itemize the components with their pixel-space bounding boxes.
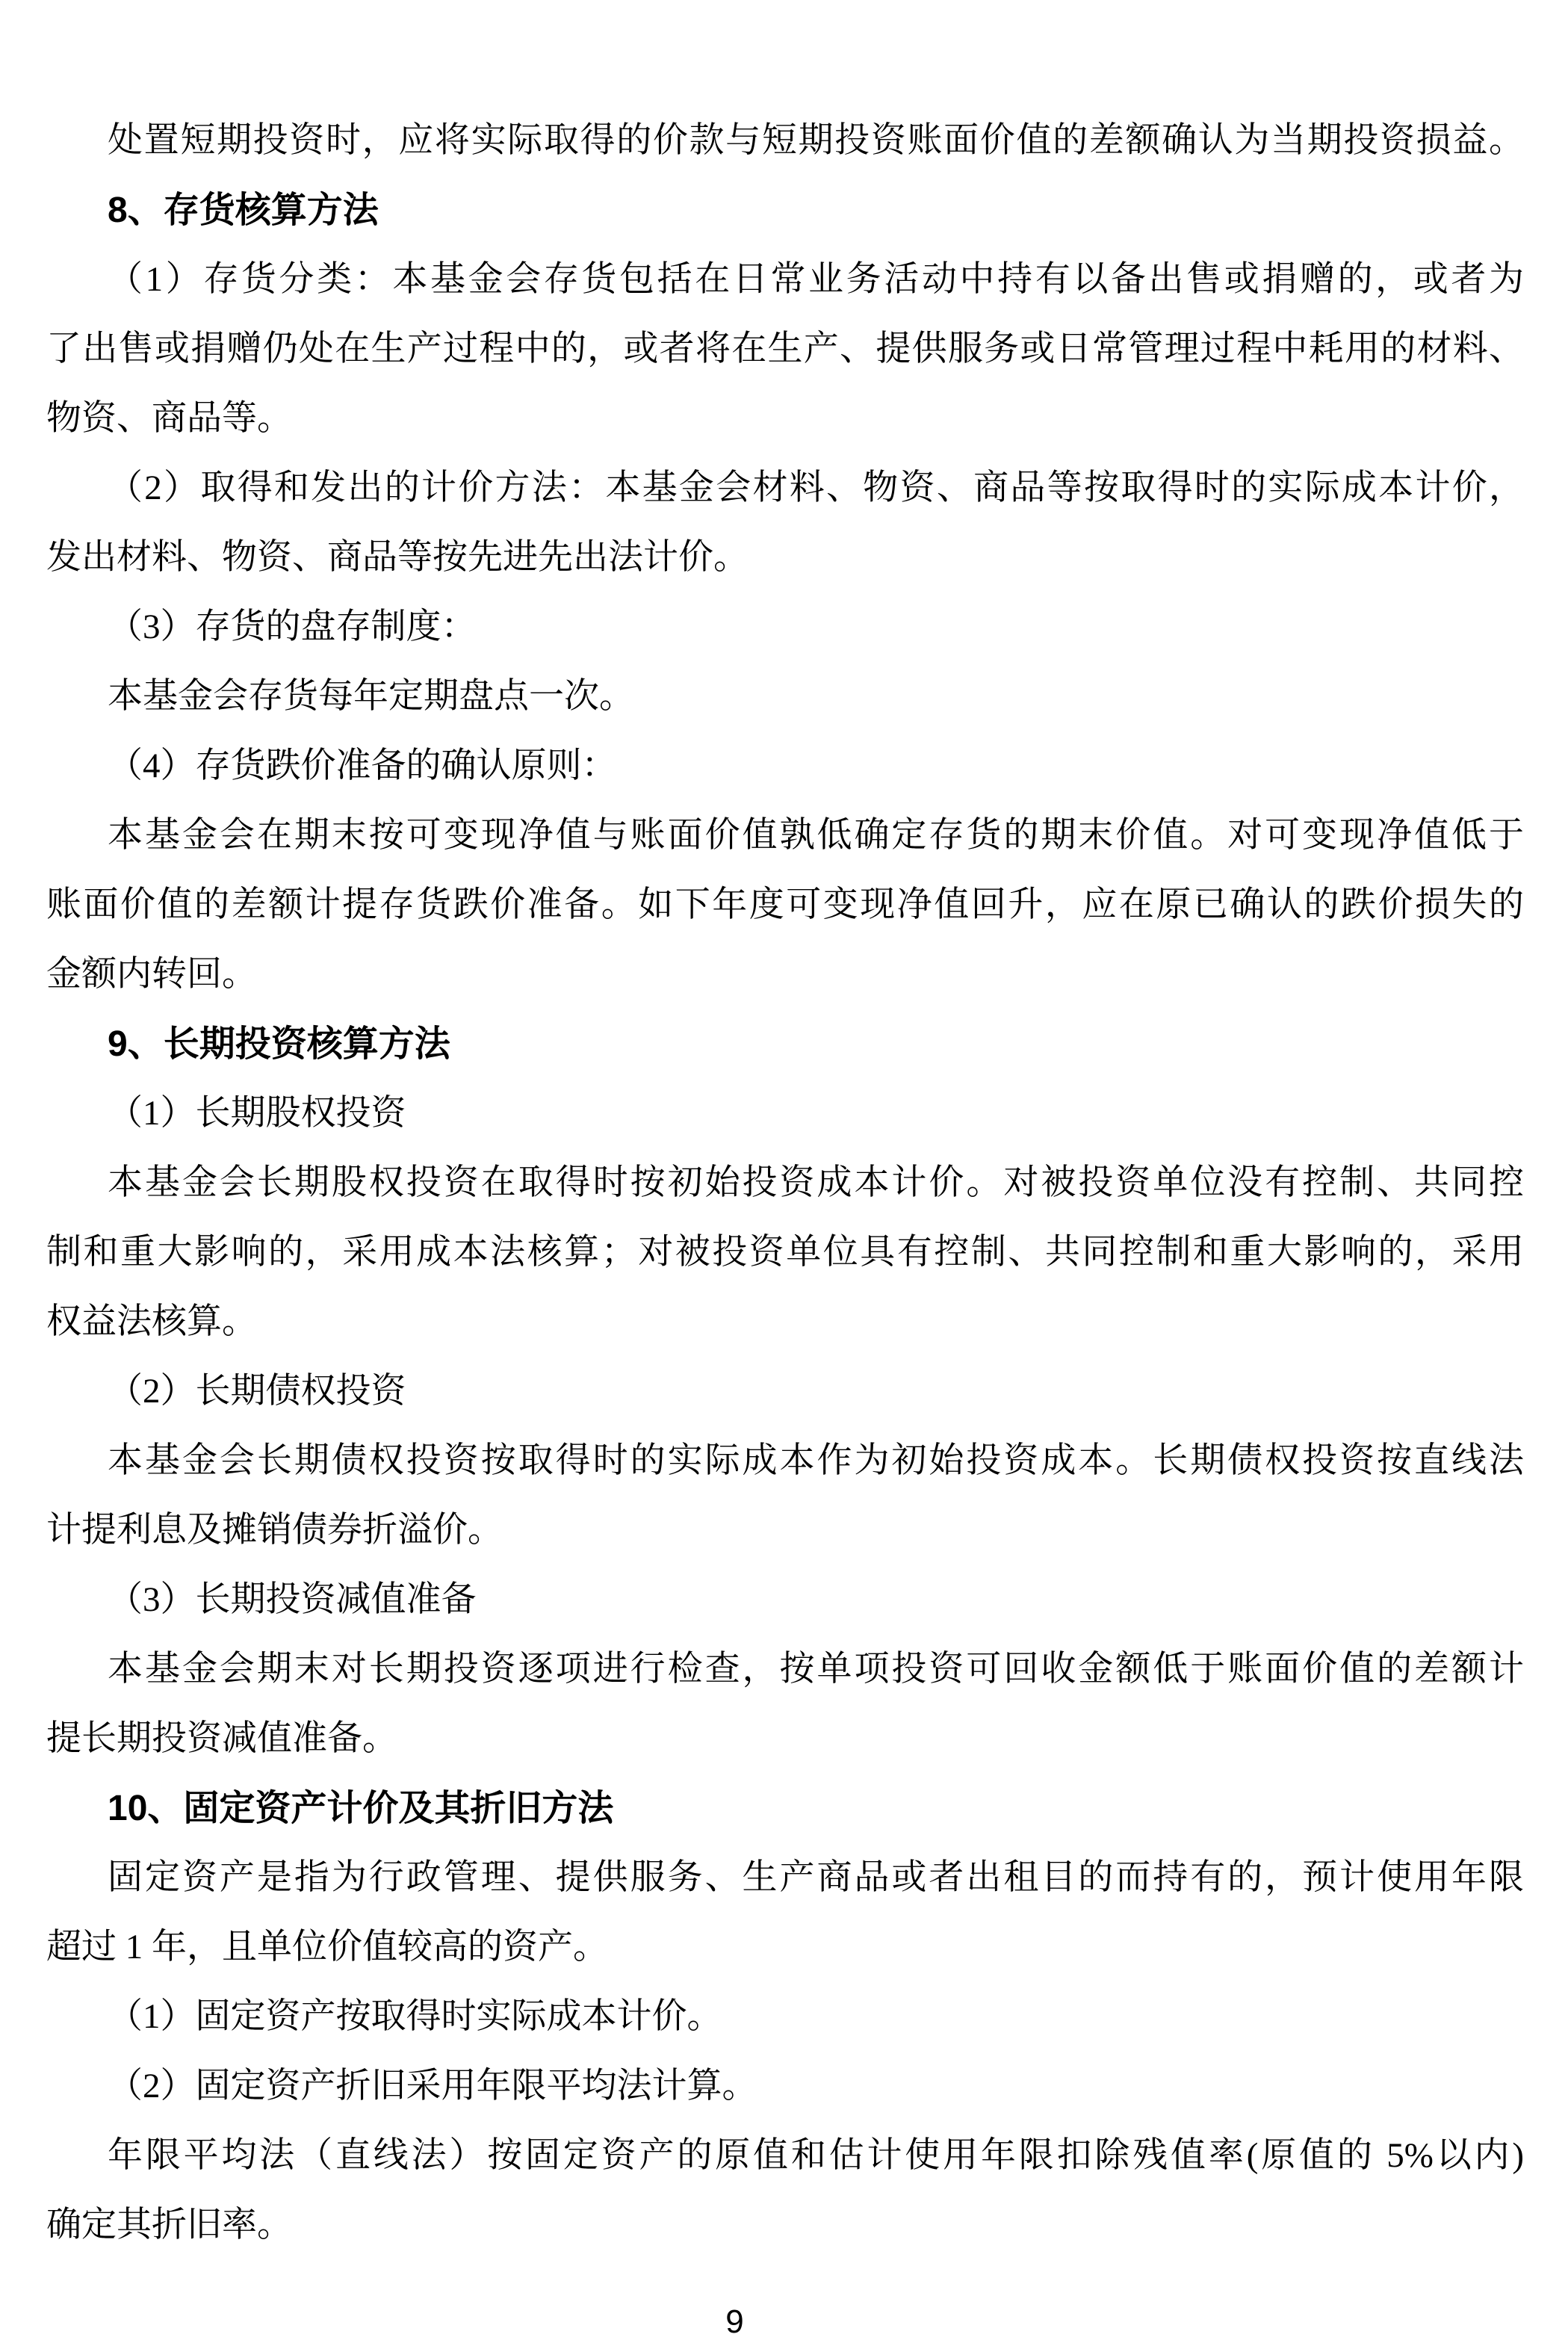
document-page: 处置短期投资时，应将实际取得的价款与短期投资账面价值的差额确认为当期投资损益。 …	[0, 0, 1568, 2352]
text-line: （3）存货的盘存制度：	[46, 592, 1524, 662]
text-line: 本基金会期末对长期投资逐项进行检查，按单项投资可回收金额低于账面价值的差额计	[46, 1635, 1524, 1704]
text-line: 固定资产是指为行政管理、提供服务、生产商品或者出租目的而持有的，预计使用年限	[46, 1843, 1524, 1913]
text-line: 制和重大影响的，采用成本法核算；对被投资单位具有控制、共同控制和重大影响的，采用	[46, 1218, 1524, 1287]
text-line: 账面价值的差额计提存货跌价准备。如下年度可变现净值回升，应在原已确认的跌价损失的	[46, 870, 1524, 940]
text-line: 年限平均法（直线法）按固定资产的原值和估计使用年限扣除残值率(原值的 5%以内)	[46, 2121, 1524, 2191]
text-line: 物资、商品等。	[46, 384, 1524, 454]
text-line: （1）存货分类：本基金会存货包括在日常业务活动中持有以备出售或捐赠的，或者为	[46, 245, 1524, 315]
text-line: 了出售或捐赠仍处在生产过程中的，或者将在生产、提供服务或日常管理过程中耗用的材料…	[46, 315, 1524, 384]
text-line: （4）存货跌价准备的确认原则：	[46, 731, 1524, 801]
text-line: 处置短期投资时，应将实际取得的价款与短期投资账面价值的差额确认为当期投资损益。	[46, 106, 1524, 176]
text-line: （3）长期投资减值准备	[46, 1565, 1524, 1635]
text-line: 确定其折旧率。	[46, 2191, 1524, 2260]
text-line: 金额内转回。	[46, 940, 1524, 1009]
text-line: 超过 1 年，且单位价值较高的资产。	[46, 1913, 1524, 1982]
text-line: 权益法核算。	[46, 1287, 1524, 1357]
document-content: 处置短期投资时，应将实际取得的价款与短期投资账面价值的差额确认为当期投资损益。 …	[46, 106, 1524, 2260]
text-line: 本基金会长期债权投资按取得时的实际成本作为初始投资成本。长期债权投资按直线法	[46, 1426, 1524, 1496]
text-line: 发出材料、物资、商品等按先进先出法计价。	[46, 523, 1524, 592]
section-heading: 9、长期投资核算方法	[46, 1009, 1524, 1079]
text-line: （2）取得和发出的计价方法：本基金会材料、物资、商品等按取得时的实际成本计价，	[46, 454, 1524, 523]
text-line: 计提利息及摊销债券折溢价。	[46, 1496, 1524, 1565]
text-line: （2）固定资产折旧采用年限平均法计算。	[46, 2052, 1524, 2121]
text-line: 提长期投资减值准备。	[46, 1704, 1524, 1774]
text-line: （2）长期债权投资	[46, 1357, 1524, 1426]
page-number: 9	[725, 2303, 743, 2340]
section-heading: 10、固定资产计价及其折旧方法	[46, 1774, 1524, 1843]
section-heading: 8、存货核算方法	[46, 176, 1524, 245]
text-line: 本基金会长期股权投资在取得时按初始投资成本计价。对被投资单位没有控制、共同控	[46, 1148, 1524, 1218]
text-line: （1）固定资产按取得时实际成本计价。	[46, 1982, 1524, 2052]
page-footer: 9	[0, 2300, 1568, 2345]
text-line: （1）长期股权投资	[46, 1079, 1524, 1148]
text-line: 本基金会在期末按可变现净值与账面价值孰低确定存货的期末价值。对可变现净值低于	[46, 801, 1524, 870]
text-line: 本基金会存货每年定期盘点一次。	[46, 662, 1524, 731]
